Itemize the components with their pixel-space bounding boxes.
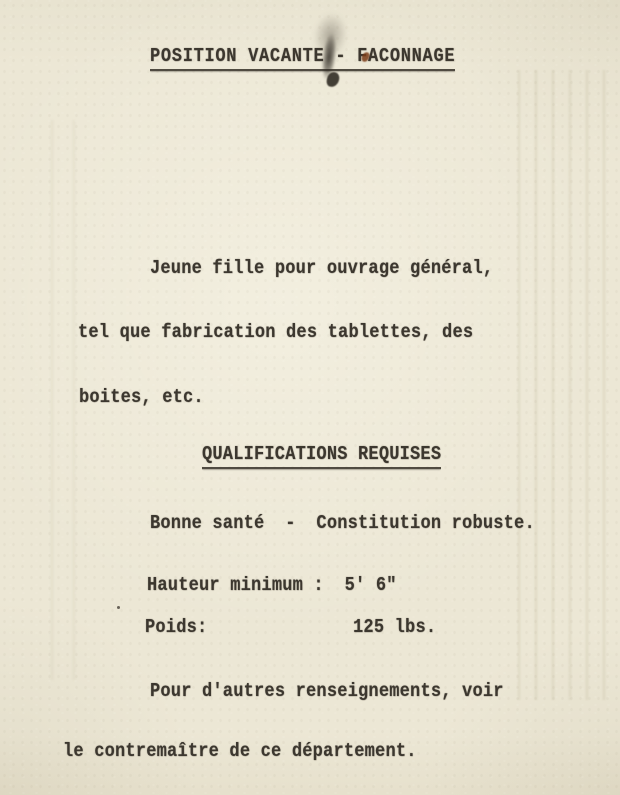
height-requirement-line: Hauteur minimum : 5' 6"	[147, 575, 397, 598]
qualifications-heading: QUALIFICATIONS REQUISES	[202, 444, 441, 469]
intro-line-2: tel que fabrication des tablettes, des	[78, 322, 473, 345]
paper-dot-speck	[117, 606, 120, 609]
weight-requirement-line: Poids: 125 lbs.	[145, 617, 436, 640]
document-title: POSITION VACANTE - FACONNAGE	[150, 46, 455, 71]
footer-line-1: Pour d'autres renseignements, voir	[150, 681, 504, 704]
ink-smudge-blob	[326, 71, 341, 88]
health-requirement-line: Bonne santé - Constitution robuste.	[150, 513, 535, 536]
document-page: POSITION VACANTE - FACONNAGE Jeune fille…	[0, 0, 620, 795]
intro-line-1: Jeune fille pour ouvrage général,	[150, 258, 493, 281]
footer-line-2: le contremaître de ce département.	[63, 741, 417, 764]
intro-line-3: boites, etc.	[79, 387, 204, 410]
paper-streaks-right	[508, 70, 612, 700]
